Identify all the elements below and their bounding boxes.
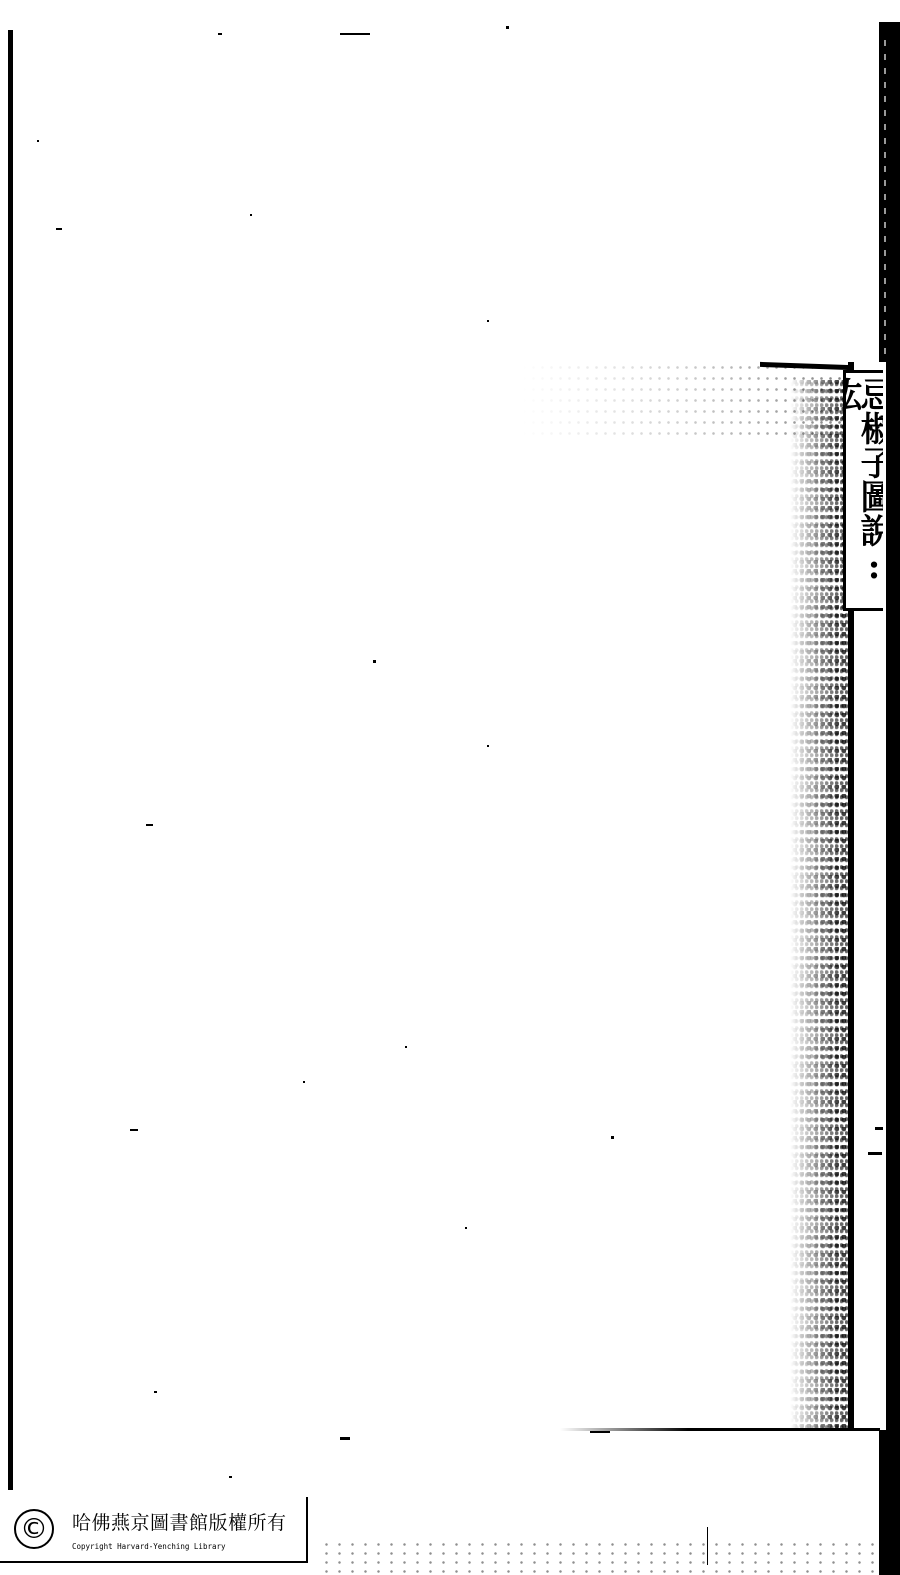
scan-speck xyxy=(154,1391,157,1393)
scan-speck xyxy=(611,1136,614,1139)
copyright-icon: © xyxy=(14,1509,54,1549)
title-slip: 忌椒子圖說:汯 xyxy=(843,370,883,611)
copyright-stamp: © 哈佛燕京圖書館版權所有 Copyright Harvard-Yenching… xyxy=(0,1497,308,1563)
scan-speck xyxy=(340,1437,350,1440)
scan-speck xyxy=(37,140,39,142)
scan-speck xyxy=(146,824,153,826)
scan-speck xyxy=(506,26,509,29)
scan-speck xyxy=(340,33,370,35)
spine-mark xyxy=(868,1152,882,1155)
scan-speck xyxy=(590,1431,610,1433)
scan-speck xyxy=(465,1227,467,1229)
scan-hairline xyxy=(707,1527,708,1565)
scan-speck xyxy=(487,745,489,747)
scan-speck xyxy=(130,1129,138,1131)
spine-highlight xyxy=(884,40,886,360)
book-title: 忌椒子圖說:汯 xyxy=(850,377,883,608)
scan-speck xyxy=(373,660,376,663)
scan-speck xyxy=(250,214,252,216)
scan-speck xyxy=(218,33,222,35)
cover-edge-shadow xyxy=(790,380,850,1430)
scan-speck xyxy=(405,1046,407,1048)
left-margin-rule xyxy=(8,30,13,1490)
scan-speck xyxy=(487,320,489,322)
spine-mark xyxy=(875,1127,883,1130)
copyright-english: Copyright Harvard-Yenching Library xyxy=(72,1542,226,1551)
bottom-edge-speckle xyxy=(320,1540,880,1575)
scan-speck xyxy=(56,228,62,230)
scan-speck xyxy=(303,1081,305,1083)
scan-speck xyxy=(229,1476,232,1478)
scanned-page: 忌椒子圖說:汯 © 哈佛燕京圖書館版權所有 Copyright Harvard-… xyxy=(0,0,900,1575)
copyright-chinese: 哈佛燕京圖書館版權所有 xyxy=(72,1508,287,1535)
